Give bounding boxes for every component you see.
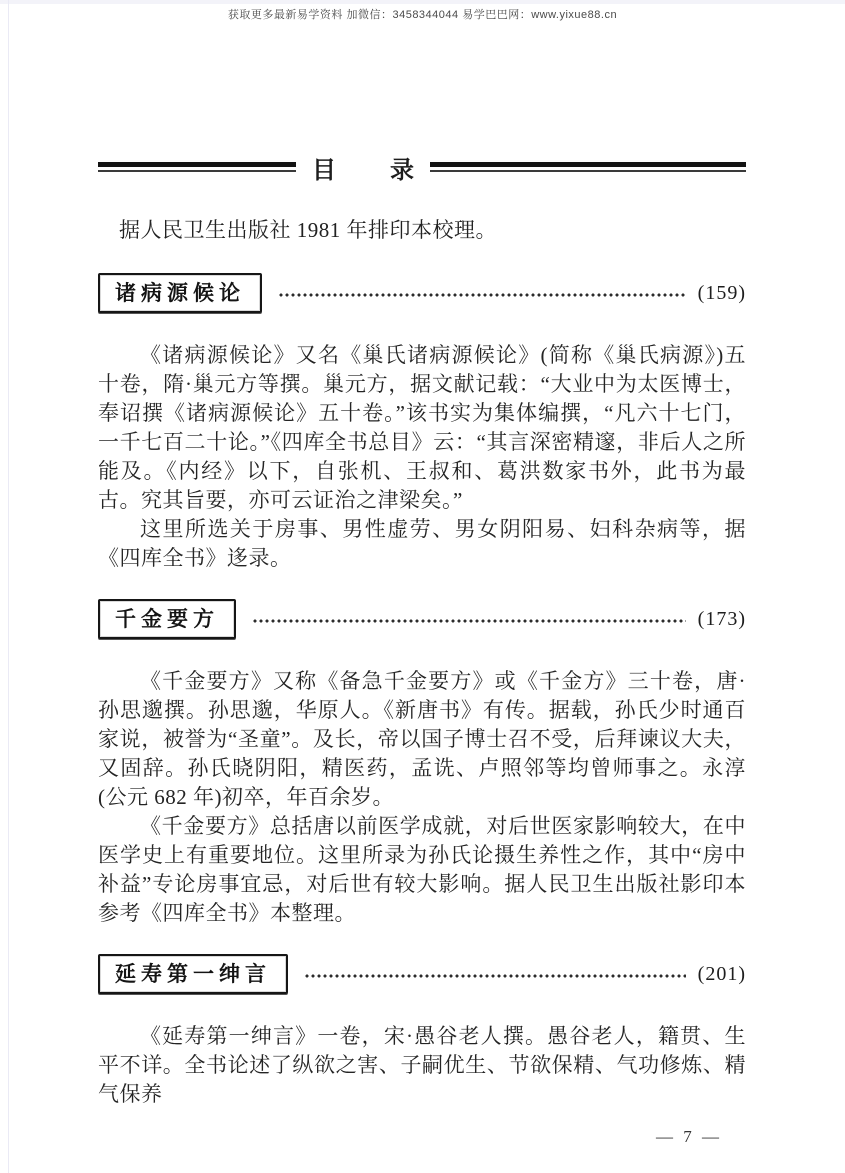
dot-leader — [278, 293, 686, 297]
body-paragraph: 这里所选关于房事、男性虚劳、男女阴阳易、妇科杂病等，据《四库全书》迻录。 — [98, 515, 746, 573]
header-rule-left — [98, 162, 296, 172]
toc-entry-qianjinyaofang: 千金要方 (173) — [98, 599, 746, 639]
section-title-box: 延寿第一绅言 — [98, 954, 288, 994]
page-ref: (201) — [698, 963, 746, 986]
page-ref: (173) — [698, 608, 746, 631]
body-paragraph: 《千金要方》又称《备急千金要方》或《千金方》三十卷，唐·孙思邈撰。孙思邈，华原人… — [98, 667, 746, 812]
header-rule-right — [430, 162, 746, 172]
scan-left-edge-line — [8, 0, 9, 1173]
section-title-box: 千金要方 — [98, 599, 236, 639]
section-title-box: 诸病源候论 — [98, 273, 262, 313]
toc-title: 目 录 — [312, 150, 414, 185]
scan-top-strip — [0, 0, 845, 4]
toc-intro-note: 据人民卫生出版社 1981 年排印本校理。 — [98, 216, 746, 245]
toc-title-char: 录 — [390, 150, 414, 185]
page-number: — 7 — — [98, 1127, 746, 1147]
dot-leader — [252, 619, 686, 623]
toc-entry-zhubingyuanhoulun: 诸病源候论 (159) — [98, 273, 746, 313]
toc-header: 目 录 — [98, 150, 746, 184]
dot-leader — [304, 974, 686, 978]
toc-title-char: 目 — [312, 150, 336, 185]
promo-banner-text: 获取更多最新易学资料 加微信：3458344044 易学巴巴网：www.yixu… — [0, 6, 845, 22]
page-ref: (159) — [698, 282, 746, 305]
body-paragraph: 《诸病源候论》又名《巢氏诸病源候论》(简称《巢氏病源》)五十卷，隋·巢元方等撰。… — [98, 341, 746, 515]
body-paragraph: 《延寿第一绅言》一卷，宋·愚谷老人撰。愚谷老人，籍贯、生平不详。全书论述了纵欲之… — [98, 1022, 746, 1109]
book-page: 目 录 据人民卫生出版社 1981 年排印本校理。 诸病源候论 (159) 《诸… — [98, 150, 746, 1147]
toc-entry-yanshoudiyishenyan: 延寿第一绅言 (201) — [98, 954, 746, 994]
body-paragraph: 《千金要方》总括唐以前医学成就，对后世医家影响较大，在中医学史上有重要地位。这里… — [98, 812, 746, 928]
